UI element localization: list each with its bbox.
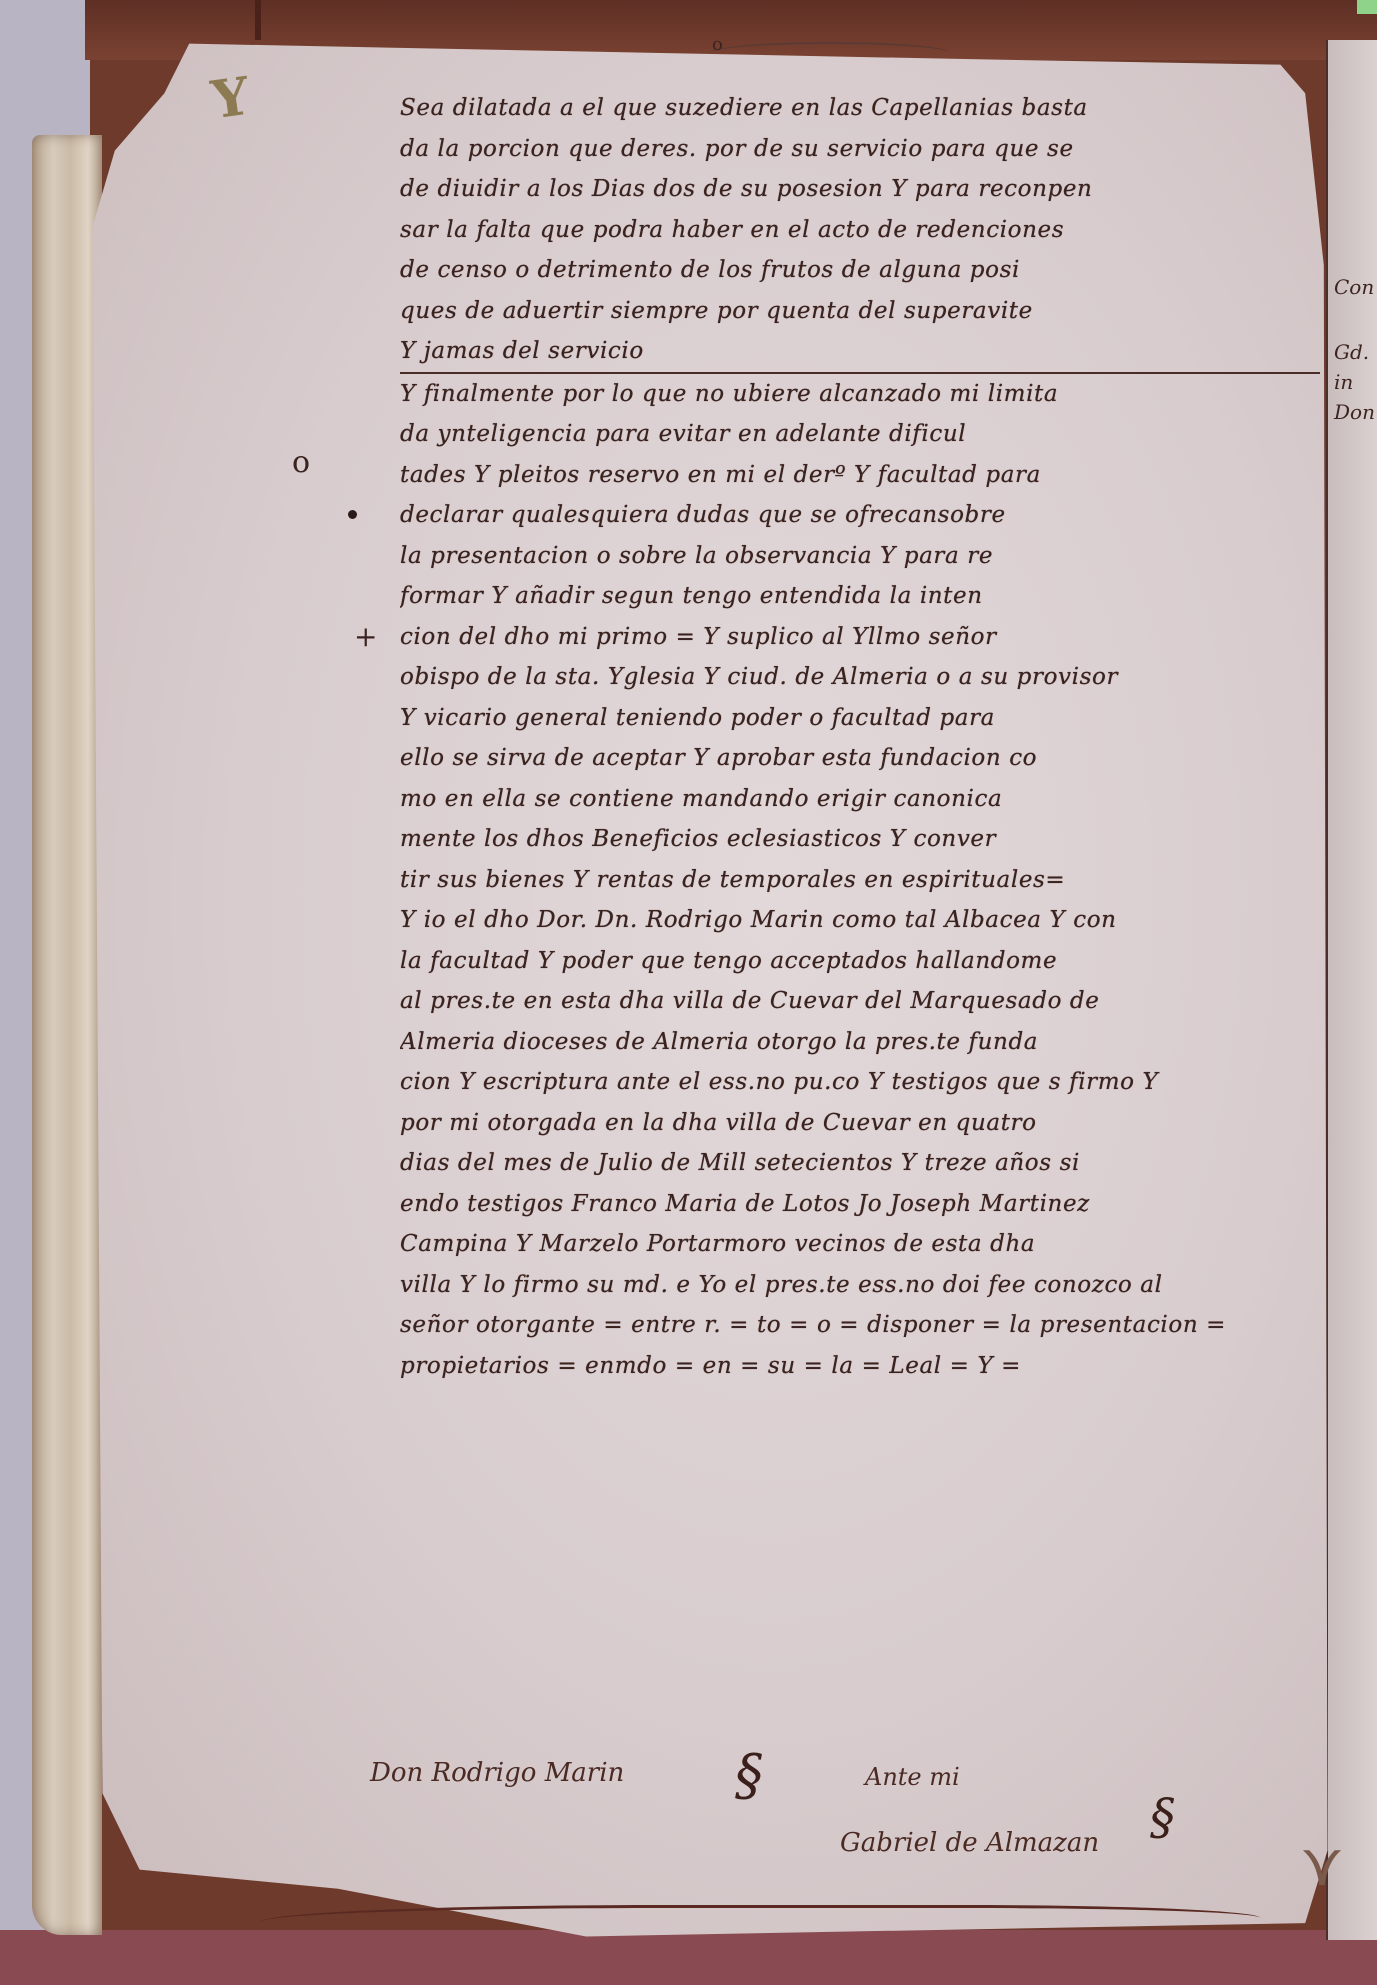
text-line: da la porcion que deres. por de su servi… xyxy=(400,129,1320,170)
text-line: mente los dhos Beneficios eclesiasticos … xyxy=(400,819,1320,860)
adjacent-margin-note: in xyxy=(1334,370,1353,394)
text-line: da ynteligencia para evitar en adelante … xyxy=(400,414,1320,455)
text-line: Campina Y Marzelo Portarmoro vecinos de … xyxy=(400,1224,1320,1265)
text-line: cion Y escriptura ante el ess.no pu.co Y… xyxy=(400,1062,1320,1103)
text-line: obispo de la sta. Yglesia Y ciud. de Alm… xyxy=(400,657,1320,698)
top-flourish-stroke xyxy=(710,42,950,64)
text-line: dias del mes de Julio de Mill seteciento… xyxy=(400,1143,1320,1184)
text-line: señor otorgante = entre r. = to = o = di… xyxy=(400,1305,1320,1346)
damaged-bottom-edge xyxy=(260,1905,1260,1948)
notary-rubric-flourish: § xyxy=(1150,1788,1175,1846)
text-line: tir sus bienes Y rentas de temporales en… xyxy=(400,860,1320,901)
notary-ante-mi: Ante mi xyxy=(865,1763,960,1791)
green-tab-marker xyxy=(1357,0,1377,14)
text-line: endo testigos Franco Maria de Lotos Jo J… xyxy=(400,1184,1320,1225)
text-line: ques de aduertir siempre por quenta del … xyxy=(400,291,1320,332)
text-line: al pres.te en esta dha villa de Cuevar d… xyxy=(400,981,1320,1022)
text-line: declarar qualesquiera dudas que se ofrec… xyxy=(400,495,1320,536)
margin-circle-mark: o xyxy=(292,445,310,480)
text-line: Y finalmente por lo que no ubiere alcanz… xyxy=(400,374,1320,415)
text-line: propietarios = enmdo = en = su = la = Le… xyxy=(400,1346,1320,1387)
text-line: de censo o detrimento de los frutos de a… xyxy=(400,250,1320,291)
text-line: Y vicario general teniendo poder o facul… xyxy=(400,698,1320,739)
text-line: villa Y lo firmo su md. e Yo el pres.te … xyxy=(400,1265,1320,1306)
margin-cross-mark: + xyxy=(354,620,377,653)
text-line: Y io el dho Dor. Dn. Rodrigo Marin como … xyxy=(400,900,1320,941)
text-line: cion del dho mi primo = Y suplico al Yll… xyxy=(400,617,1320,658)
text-line: Almeria dioceses de Almeria otorgo la pr… xyxy=(400,1022,1320,1063)
adjacent-margin-note: Con xyxy=(1334,275,1374,299)
margin-dot-mark xyxy=(348,510,357,519)
text-line: mo en ella se contiene mandando erigir c… xyxy=(400,779,1320,820)
text-line: ello se sirva de aceptar Y aprobar esta … xyxy=(400,738,1320,779)
top-circle-mark: o xyxy=(712,34,723,55)
adjacent-page: Con Gd. in Don xyxy=(1326,40,1377,1940)
text-line: la presentacion o sobre la observancia Y… xyxy=(400,536,1320,577)
corner-tear-mark: ⋎ xyxy=(1300,1830,1344,1900)
text-line: formar Y añadir segun tengo entendida la… xyxy=(400,576,1320,617)
book-page-edges xyxy=(32,135,102,1935)
notary-signature: Gabriel de Almazan xyxy=(840,1828,1099,1858)
text-line: sar la falta que podra haber en el acto … xyxy=(400,210,1320,251)
manuscript-text: Sea dilatada a el que suzediere en las C… xyxy=(400,88,1320,1386)
signature-area: Don Rodrigo Marin § Ante mi Gabriel de A… xyxy=(360,1748,1320,1908)
adjacent-margin-note: Don xyxy=(1334,400,1375,424)
text-line: la facultad Y poder que tengo acceptados… xyxy=(400,941,1320,982)
grantor-rubric-flourish: § xyxy=(735,1743,763,1808)
adjacent-margin-note: Gd. xyxy=(1334,340,1369,364)
background-wood-seam xyxy=(255,0,261,40)
text-line: por mi otorgada en la dha villa de Cueva… xyxy=(400,1103,1320,1144)
text-line-section-end: Y jamas del servicio xyxy=(400,331,1320,374)
text-line: de diuidir a los Dias dos de su posesion… xyxy=(400,169,1320,210)
grantor-signature: Don Rodrigo Marin xyxy=(370,1758,624,1788)
text-line: Sea dilatada a el que suzediere en las C… xyxy=(400,88,1320,129)
text-line: tades Y pleitos reservo en mi el derº Y … xyxy=(400,455,1320,496)
